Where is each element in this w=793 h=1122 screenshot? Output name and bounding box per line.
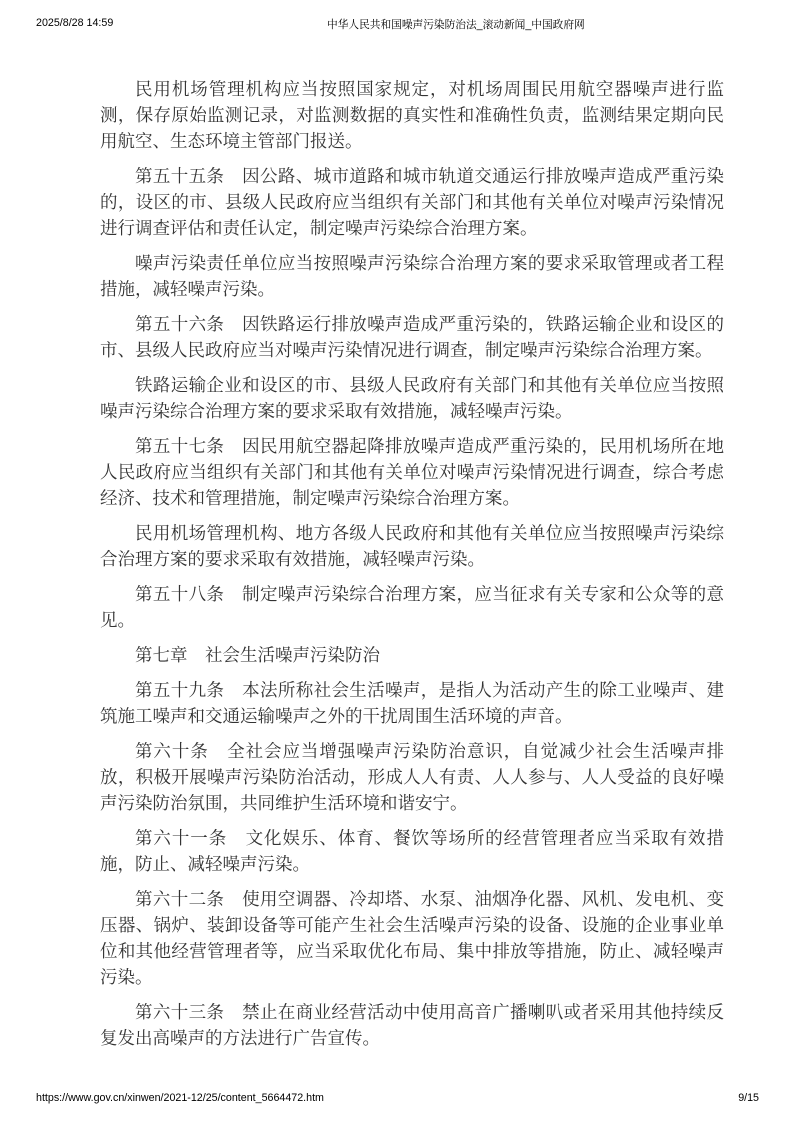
law-paragraph: 噪声污染责任单位应当按照噪声污染综合治理方案的要求采取管理或者工程措施，减轻噪声… (100, 250, 724, 302)
law-paragraph: 铁路运输企业和设区的市、县级人民政府有关部门和其他有关单位应当按照噪声污染综合治… (100, 372, 724, 424)
source-url: https://www.gov.cn/xinwen/2021-12/25/con… (36, 1092, 324, 1104)
law-paragraph: 第五十六条 因铁路运行排放噪声造成严重污染的，铁路运输企业和设区的市、县级人民政… (100, 311, 724, 363)
law-paragraph: 民用机场管理机构应当按照国家规定，对机场周围民用航空器噪声进行监测，保存原始监测… (100, 76, 724, 154)
print-footer: https://www.gov.cn/xinwen/2021-12/25/con… (36, 1092, 759, 1106)
law-paragraph: 第六十三条 禁止在商业经营活动中使用高音广播喇叭或者采用其他持续反复发出高噪声的… (100, 999, 724, 1051)
print-datetime: 2025/8/28 14:59 (36, 17, 113, 29)
law-paragraph: 第六十一条 文化娱乐、体育、餐饮等场所的经营管理者应当采取有效措施，防止、减轻噪… (100, 825, 724, 877)
chapter-heading: 第七章 社会生活噪声污染防治 (100, 642, 724, 668)
page-title: 中华人民共和国噪声污染防治法_滚动新闻_中国政府网 (327, 17, 585, 32)
print-header: 2025/8/28 14:59 中华人民共和国噪声污染防治法_滚动新闻_中国政府… (36, 17, 759, 31)
page-number: 9/15 (738, 1092, 759, 1104)
law-paragraph: 第五十八条 制定噪声污染综合治理方案，应当征求有关专家和公众等的意见。 (100, 581, 724, 633)
law-paragraph: 第六十二条 使用空调器、冷却塔、水泵、油烟净化器、风机、发电机、变压器、锅炉、装… (100, 886, 724, 990)
document-content: 民用机场管理机构应当按照国家规定，对机场周围民用航空器噪声进行监测，保存原始监测… (100, 76, 724, 1060)
law-paragraph: 第五十五条 因公路、城市道路和城市轨道交通运行排放噪声造成严重污染的，设区的市、… (100, 163, 724, 241)
law-paragraph: 第六十条 全社会应当增强噪声污染防治意识，自觉减少社会生活噪声排放，积极开展噪声… (100, 738, 724, 816)
printed-page-sheet: 2025/8/28 14:59 中华人民共和国噪声污染防治法_滚动新闻_中国政府… (0, 0, 793, 1122)
law-paragraph: 民用机场管理机构、地方各级人民政府和其他有关单位应当按照噪声污染综合治理方案的要… (100, 520, 724, 572)
law-paragraph: 第五十九条 本法所称社会生活噪声，是指人为活动产生的除工业噪声、建筑施工噪声和交… (100, 677, 724, 729)
law-paragraph: 第五十七条 因民用航空器起降排放噪声造成严重污染的，民用机场所在地人民政府应当组… (100, 433, 724, 511)
